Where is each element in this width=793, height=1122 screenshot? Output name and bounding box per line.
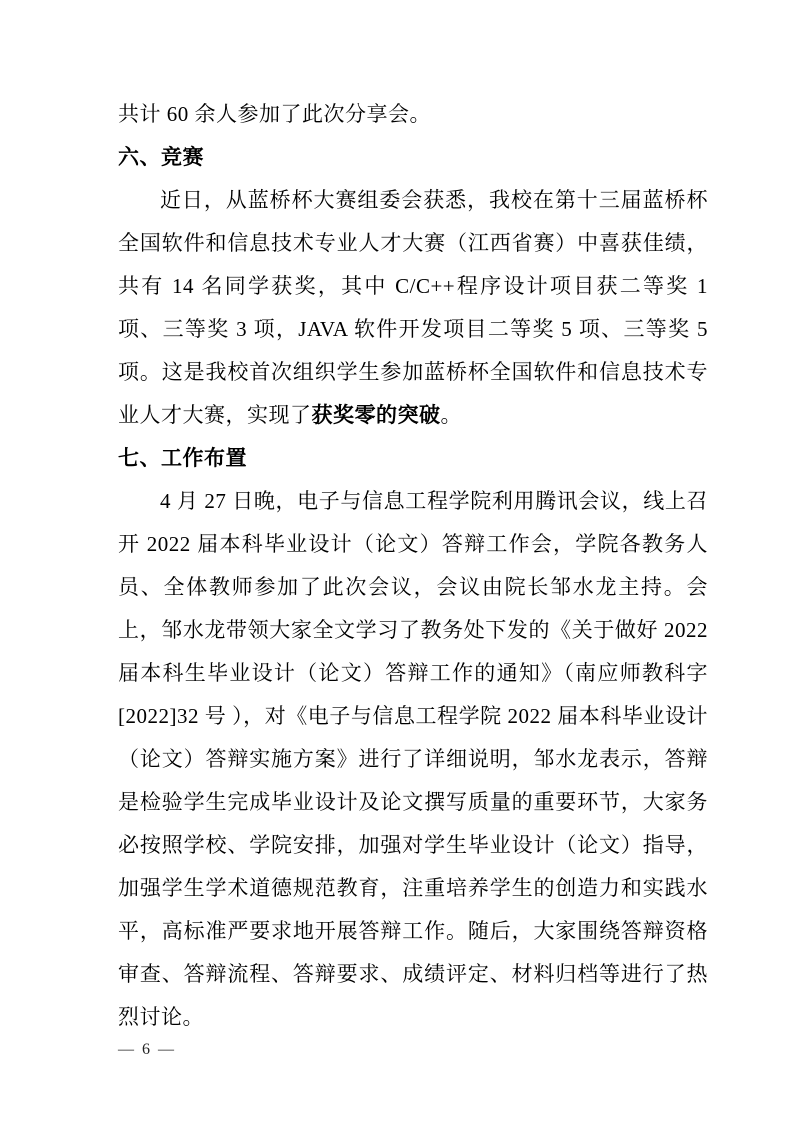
page-body: 共计 60 余人参加了此次分享会。 六、竞赛 近日，从蓝桥杯大赛组委会获悉，我校… xyxy=(118,93,708,1039)
competition-body-end: 。 xyxy=(441,403,463,427)
document-page: 共计 60 余人参加了此次分享会。 六、竞赛 近日，从蓝桥杯大赛组委会获悉，我校… xyxy=(0,0,793,1122)
competition-body-text: 近日，从蓝桥杯大赛组委会获悉，我校在第十三届蓝桥杯全国软件和信息技术专业人才大赛… xyxy=(118,188,708,427)
continuation-text: 共计 60 余人参加了此次分享会。 xyxy=(118,102,431,126)
section-heading-work-arrangement: 七、工作布置 xyxy=(118,437,708,480)
section-heading-competition: 六、竞赛 xyxy=(118,136,708,179)
paragraph-competition: 近日，从蓝桥杯大赛组委会获悉，我校在第十三届蓝桥杯全国软件和信息技术专业人才大赛… xyxy=(118,179,708,437)
competition-bold-text: 获奖零的突破 xyxy=(312,403,441,427)
page-number: — 6 — xyxy=(118,1041,176,1058)
paragraph-work-arrangement: 4 月 27 日晚，电子与信息工程学院利用腾讯会议，线上召开 2022 届本科毕… xyxy=(118,480,708,1039)
paragraph-continuation: 共计 60 余人参加了此次分享会。 xyxy=(118,93,708,136)
page-footer: — 6 — xyxy=(118,1040,176,1060)
work-arrangement-body-text: 4 月 27 日晚，电子与信息工程学院利用腾讯会议，线上召开 2022 届本科毕… xyxy=(118,489,708,1029)
